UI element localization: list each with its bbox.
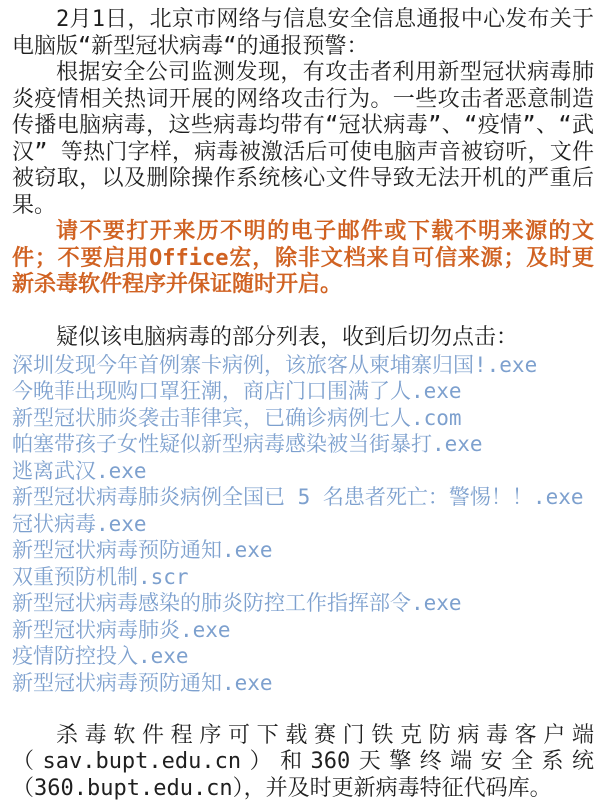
virus-file-item: 双重预防机制.scr	[12, 564, 594, 591]
virus-file-item: 新型冠状病毒肺炎病例全国已 5 名患者死亡：警惕！！.exe	[12, 484, 594, 511]
virus-file-item: 冠状病毒.exe	[12, 511, 594, 538]
virus-file-item: 帕塞带孩子女性疑似新型病毒感染被当街暴打.exe	[12, 431, 594, 458]
virus-list-intro: 疑似该电脑病毒的部分列表，收到后切勿点击：	[12, 325, 594, 352]
paragraph-spacer	[12, 299, 594, 326]
virus-file-item: 疫情防控投入.exe	[12, 643, 594, 670]
security-notice-document: 2月1日，北京市网络与信息安全信息通报中心发布关于电脑版“新型冠状病毒“的通报预…	[0, 0, 606, 800]
virus-file-item: 今晚菲出现购口罩狂潮，商店门口围满了人.exe	[12, 378, 594, 405]
virus-file-item: 逃离武汉.exe	[12, 458, 594, 485]
virus-file-item: 新型冠状肺炎袭击菲律宾，已确诊病例七人.com	[12, 405, 594, 432]
virus-file-item: 深圳发现今年首例寨卡病例，该旅客从柬埔寨归国!.exe	[12, 352, 594, 379]
notice-intro-paragraph: 2月1日，北京市网络与信息安全信息通报中心发布关于电脑版“新型冠状病毒“的通报预…	[12, 7, 594, 60]
paragraph-spacer	[12, 696, 594, 723]
safety-warning-paragraph: 请不要打开来历不明的电子邮件或下载不明来源的文件；不要启用Office宏，除非文…	[12, 219, 594, 299]
attack-description-paragraph: 根据安全公司监测发现，有攻击者利用新型冠状病毒肺炎疫情相关热词开展的网络攻击行为…	[12, 60, 594, 219]
virus-file-item: 新型冠状病毒感染的肺炎防控工作指挥部令.exe	[12, 590, 594, 617]
virus-file-item: 新型冠状病毒肺炎.exe	[12, 617, 594, 644]
virus-file-list: 深圳发现今年首例寨卡病例，该旅客从柬埔寨归国!.exe今晚菲出现购口罩狂潮，商店…	[12, 352, 594, 697]
virus-file-item: 新型冠状病毒预防通知.exe	[12, 537, 594, 564]
virus-file-item: 新型冠状病毒预防通知.exe	[12, 670, 594, 697]
antivirus-download-paragraph: 杀毒软件程序可下载赛门铁克防病毒客户端（sav.bupt.edu.cn）和360…	[12, 723, 594, 800]
